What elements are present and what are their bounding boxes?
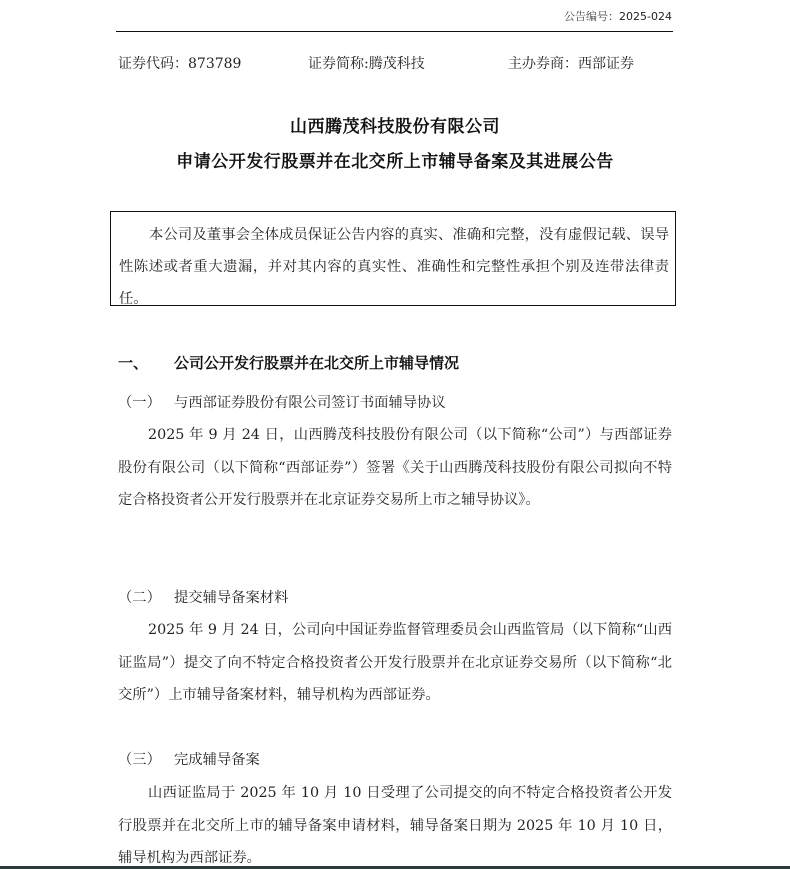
subsection-title: 完成辅导备案 xyxy=(174,752,260,768)
subsection-title: 提交辅导备案材料 xyxy=(174,590,288,606)
announcement-title: 申请公开发行股票并在北交所上市辅导备案及其进展公告 xyxy=(0,147,790,172)
section-title: 公司公开发行股票并在北交所上市辅导情况 xyxy=(174,354,459,372)
subsection-number: （二） xyxy=(118,587,174,607)
company-title: 山西腾茂科技股份有限公司 xyxy=(0,112,790,137)
subsection-number: （三） xyxy=(118,749,174,769)
subsection-body: 山西证监局于 2025 年 10 月 10 日受理了公司提交的向不特定合格投资者… xyxy=(118,777,672,869)
subsection-number: （一） xyxy=(118,392,174,412)
document-page: 公告编号：2025-024 证券代码：873789 证券简称:腾茂科技 主办券商… xyxy=(0,0,790,866)
sponsor-broker: 主办券商：西部证券 xyxy=(508,53,634,73)
disclaimer-box: 本公司及董事会全体成员保证公告内容的真实、准确和完整，没有虚假记载、误导性陈述或… xyxy=(110,211,676,306)
subsection-heading: （二）提交辅导备案材料 xyxy=(118,587,288,607)
header-divider xyxy=(116,31,673,32)
announcement-number-label: 公告编号： xyxy=(564,10,619,23)
subsection-heading: （三）完成辅导备案 xyxy=(118,749,260,769)
subsection-heading: （一）与西部证券股份有限公司签订书面辅导协议 xyxy=(118,392,446,412)
announcement-number-value: 2025-024 xyxy=(619,10,672,23)
section-heading: 一、公司公开发行股票并在北交所上市辅导情况 xyxy=(118,352,459,373)
announcement-number: 公告编号：2025-024 xyxy=(564,8,672,24)
subsection-body: 2025 年 9 月 24 日，公司向中国证券监督管理委员会山西监管局（以下简称… xyxy=(118,614,672,712)
security-short-name: 证券简称:腾茂科技 xyxy=(308,53,425,73)
subsection-body: 2025 年 9 月 24 日，山西腾茂科技股份有限公司（以下简称“公司”）与西… xyxy=(118,419,672,517)
security-code: 证券代码：873789 xyxy=(118,53,241,73)
section-number: 一、 xyxy=(118,352,174,373)
subsection-title: 与西部证券股份有限公司签订书面辅导协议 xyxy=(174,395,446,411)
